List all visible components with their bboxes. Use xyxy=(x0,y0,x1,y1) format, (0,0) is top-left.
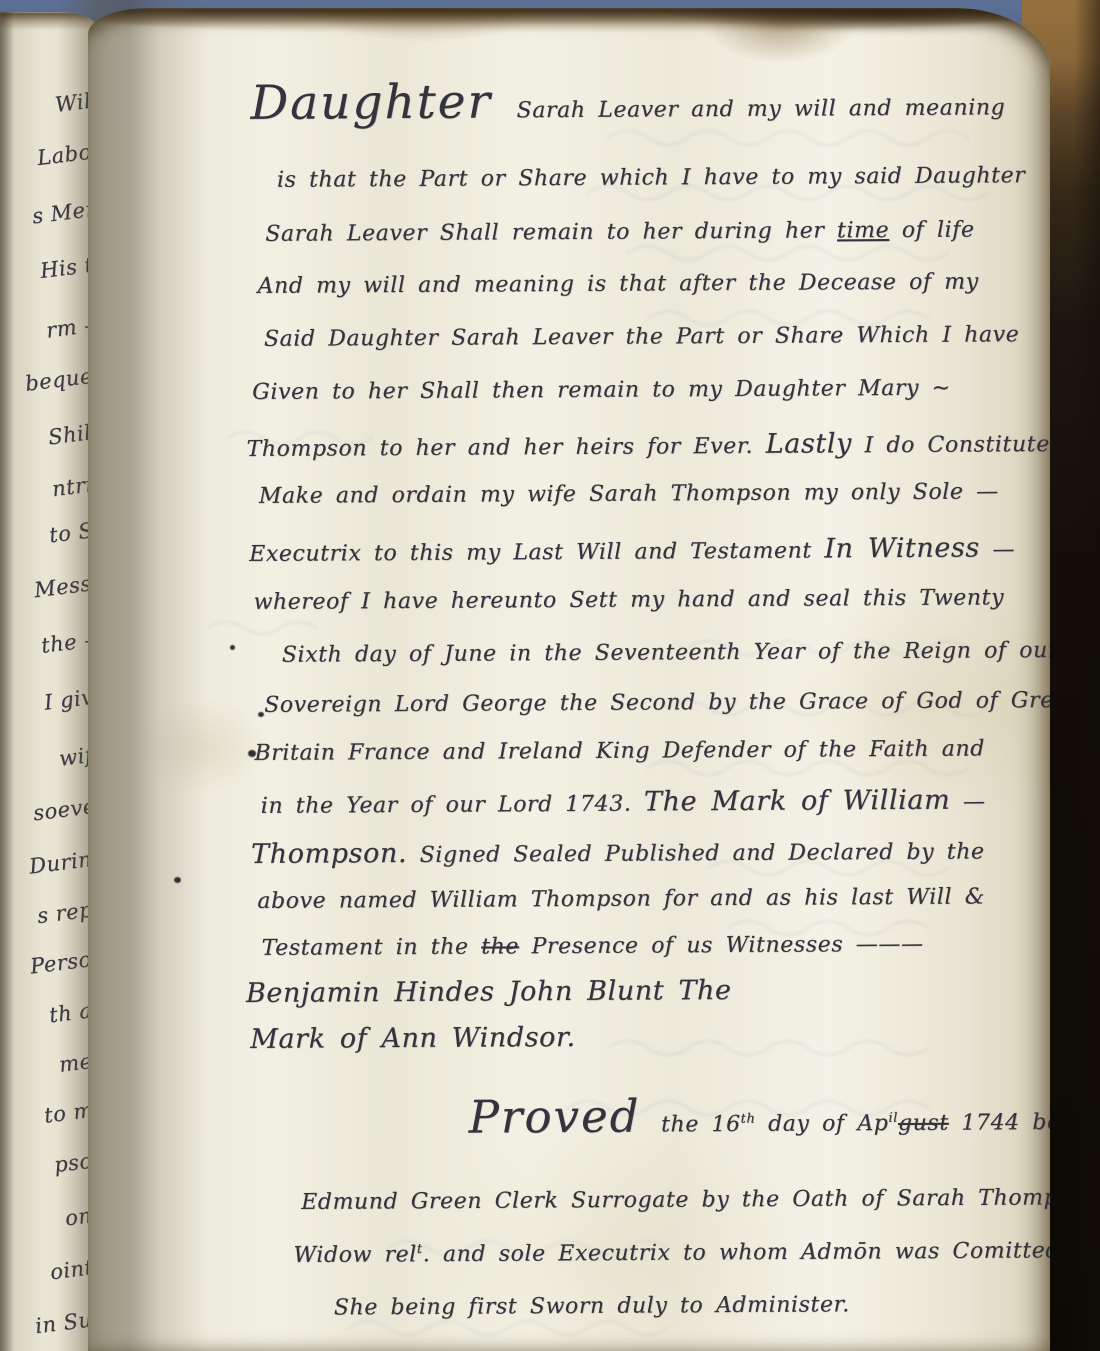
text-segment-normal: whereof I have hereunto Sett my hand and… xyxy=(253,585,1004,615)
text-segment-normal: Edmund Green Clerk Surrogate by the Oath… xyxy=(301,1185,1050,1215)
text-segment-strike: gust xyxy=(898,1111,949,1136)
text-segment-large: Benjamin Hindes John Blunt The xyxy=(246,975,732,1009)
manuscript-line: Benjamin Hindes John Blunt The xyxy=(246,975,732,1009)
text-segment-normal: Executrix to this my Last Will and Testa… xyxy=(249,538,824,567)
text-segment-normal: Sarah Leaver and my will and meaning xyxy=(504,95,1005,123)
facing-page-text-fragment: s Mem xyxy=(31,196,96,229)
manuscript-line: Given to her Shall then remain to my Dau… xyxy=(252,376,951,405)
text-segment-normal: — xyxy=(950,789,985,814)
text-segment-huge: Proved xyxy=(469,1090,649,1144)
text-segment-sup: th xyxy=(741,1112,756,1127)
text-segment-normal: Signed Sealed Published and Declared by … xyxy=(407,839,985,868)
text-segment-normal: — xyxy=(980,537,1015,562)
text-segment-normal: Sovereign Lord George the Second by the … xyxy=(264,688,1050,718)
probate-line: She being first Sworn duly to Administer… xyxy=(334,1292,850,1320)
facing-page-text-fragment: Person xyxy=(29,945,96,978)
manuscript-line: Sovereign Lord George the Second by the … xyxy=(264,688,1050,718)
text-segment-normal: And my will and meaning is that after th… xyxy=(258,269,979,298)
manuscript-line: whereof I have hereunto Sett my hand and… xyxy=(253,585,1004,615)
text-segment-strike: the xyxy=(481,934,519,959)
text-segment-sup: il xyxy=(888,1111,898,1126)
text-segment-underline: time xyxy=(837,218,889,243)
text-segment-normal: in the Year of our Lord 1743. xyxy=(261,792,644,819)
text-segment-large: In Witness xyxy=(824,532,980,564)
text-segment-normal: She being first Sworn duly to Administer… xyxy=(334,1292,850,1320)
manuscript-line: Sixth day of June in the Seventeenth Yea… xyxy=(282,638,1050,668)
manuscript-text-layer: Daughter Sarah Leaver and my will and me… xyxy=(88,8,1050,1351)
probate-line: Edmund Green Clerk Surrogate by the Oath… xyxy=(301,1185,1050,1215)
text-segment-normal: I do Constitute xyxy=(852,432,1050,458)
manuscript-line: is that the Part or Share which I have t… xyxy=(277,163,1026,193)
manuscript-line: above named William Thompson for and as … xyxy=(257,884,985,913)
manuscript-page: Daughter Sarah Leaver and my will and me… xyxy=(88,8,1050,1351)
text-segment-normal: . and sole Executrix to whom Admōn was C… xyxy=(423,1238,1050,1267)
manuscript-line: Thompson. Signed Sealed Published and De… xyxy=(251,834,985,869)
text-segment-normal: is that the Part or Share which I have t… xyxy=(277,163,1026,193)
text-segment-normal: above named William Thompson for and as … xyxy=(257,884,985,913)
probate-line: Proved the 16th day of Apilgust 1744 bef… xyxy=(469,1087,1050,1144)
facing-page-text-fragment: bequea xyxy=(24,362,96,396)
wood-grain-shading xyxy=(1074,0,1100,1351)
manuscript-line: And my will and meaning is that after th… xyxy=(258,269,979,298)
manuscript-line: in the Year of our Lord 1743. The Mark o… xyxy=(261,784,986,819)
text-segment-normal: Given to her Shall then remain to my Dau… xyxy=(252,376,951,405)
manuscript-line: Make and ordain my wife Sarah Thompson m… xyxy=(259,479,999,509)
text-segment-normal: Make and ordain my wife Sarah Thompson m… xyxy=(259,479,999,509)
manuscript-line: Executrix to this my Last Will and Testa… xyxy=(249,532,1015,568)
text-segment-opening: Daughter xyxy=(250,74,504,131)
text-segment-normal: Presence of us Witnesses ——— xyxy=(519,932,924,959)
text-segment-large: Lastly xyxy=(766,428,852,460)
text-segment-large: Thompson. xyxy=(251,838,407,870)
manuscript-line: Mark of Ann Windsor. xyxy=(250,1022,576,1055)
text-segment-normal: Widow rel xyxy=(293,1242,417,1268)
text-segment-normal: 1744 befo xyxy=(949,1110,1050,1136)
text-segment-normal: Testament in the xyxy=(262,935,482,961)
text-segment-normal: Thompson to her and her heirs for Ever. xyxy=(247,434,766,462)
facing-page-text-fragment: Messu xyxy=(33,570,96,603)
manuscript-line: Daughter Sarah Leaver and my will and me… xyxy=(250,71,1005,131)
text-segment-normal: Sarah Leaver Shall remain to her during … xyxy=(265,218,837,246)
facing-page-text-fragment: soever xyxy=(32,793,96,826)
probate-line: Widow relt. and sole Executrix to whom A… xyxy=(293,1238,1050,1268)
text-segment-normal: day of Ap xyxy=(755,1111,888,1137)
manuscript-line: Testament in the the Presence of us Witn… xyxy=(262,932,924,961)
facing-page-text-fragment: s repa xyxy=(36,896,96,928)
facing-page-edge: WilliLabous MemHis term —bequeaShillintr… xyxy=(0,12,96,1351)
text-segment-normal: the 16 xyxy=(648,1112,740,1138)
manuscript-line: Britain France and Ireland King Defender… xyxy=(254,736,985,765)
manuscript-line: Said Daughter Sarah Leaver the Part or S… xyxy=(264,322,1020,352)
photograph-of-manuscript: WilliLabous MemHis term —bequeaShillintr… xyxy=(0,0,1100,1351)
text-segment-large: The Mark of William xyxy=(644,785,950,818)
text-segment-normal: Britain France and Ireland King Defender… xyxy=(254,736,985,765)
facing-page-text-fragment: During xyxy=(28,845,96,878)
text-segment-large: Mark of Ann Windsor. xyxy=(250,1022,576,1055)
manuscript-line: Thompson to her and her heirs for Ever. … xyxy=(246,427,1049,463)
text-segment-normal: Sixth day of June in the Seventeenth Yea… xyxy=(282,638,1050,668)
facing-page-text-fragment: in Sun xyxy=(33,1306,96,1339)
text-segment-normal: Said Daughter Sarah Leaver the Part or S… xyxy=(264,322,1020,352)
text-segment-normal: of life xyxy=(889,218,975,244)
manuscript-line: Sarah Leaver Shall remain to her during … xyxy=(265,218,974,247)
